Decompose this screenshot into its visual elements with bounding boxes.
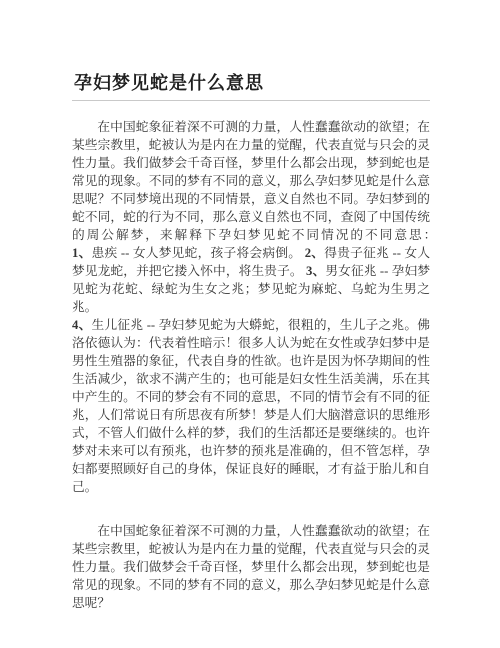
page-title: 孕妇梦见蛇是什么意思: [74, 73, 430, 93]
paragraph-2: 在中国蛇象征着深不可测的力量，人性蠢蠢欲动的欲望；在某些宗教里，蛇被认为是内在力…: [72, 522, 430, 612]
list-number: 2、: [305, 246, 325, 260]
title-divider: [72, 100, 430, 101]
text-segment: 患疾 -- 女人梦见蛇，孩子将会病倒。: [92, 246, 305, 260]
list-number: 3、: [306, 264, 325, 278]
document-content: 孕妇梦见蛇是什么意思 在中国蛇象征着深不可测的力量，人性蠢蠢欲动的欲望；在某些宗…: [72, 0, 430, 612]
text-segment: 生儿征兆 -- 孕妇梦见蛇为大蟒蛇，很粗的，生儿子之兆。佛洛依德认为：代表着性暗…: [72, 318, 430, 494]
list-number: 1、: [72, 246, 92, 260]
text-segment: 在中国蛇象征着深不可测的力量，人性蠢蠢欲动的欲望；在某些宗教里，蛇被认为是内在力…: [72, 120, 468, 242]
document-page: 孕妇梦见蛇是什么意思 在中国蛇象征着深不可测的力量，人性蠢蠢欲动的欲望；在某些宗…: [0, 0, 500, 648]
paragraph-1: 在中国蛇象征着深不可测的力量，人性蠢蠢欲动的欲望；在某些宗教里，蛇被认为是内在力…: [72, 118, 430, 496]
list-number: 4、: [72, 318, 92, 332]
text-segment: 在中国蛇象征着深不可测的力量，人性蠢蠢欲动的欲望；在某些宗教里，蛇被认为是内在力…: [72, 524, 430, 610]
